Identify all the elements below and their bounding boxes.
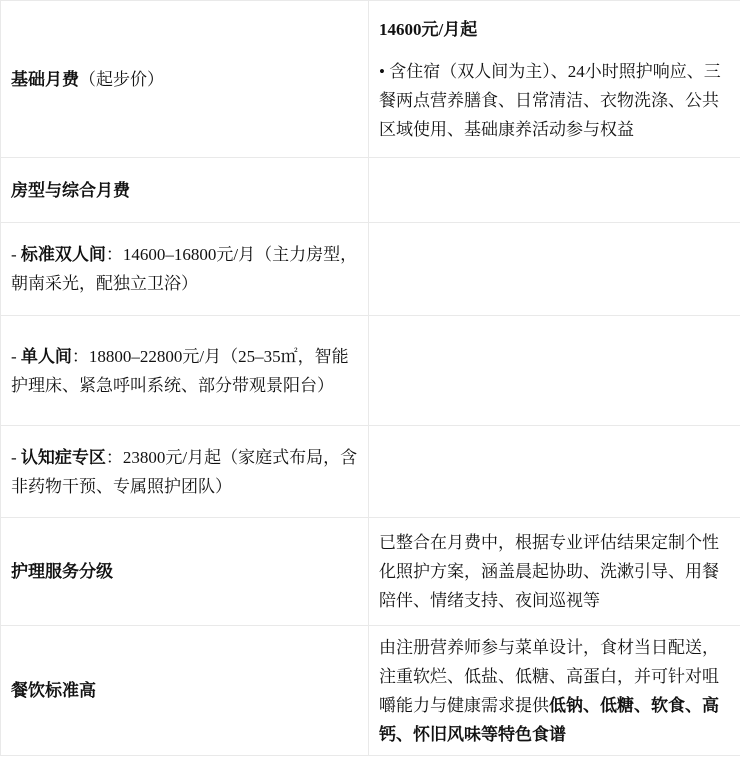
dining-label: 餐饮标准高	[11, 681, 96, 700]
care-level-label: 护理服务分级	[11, 562, 113, 581]
table-row: 房型与综合月费	[1, 158, 740, 223]
single-room-cell: - 单人间：18800–22800元/月（25–35㎡，智能护理床、紧急呼叫系统…	[1, 316, 369, 426]
table-row: - 标准双人间：14600–16800元/月（主力房型，朝南采光，配独立卫浴）	[1, 223, 740, 316]
empty-cell	[369, 158, 740, 223]
single-room-label: 单人间	[21, 347, 72, 366]
single-room-dash: -	[11, 347, 21, 366]
empty-cell	[369, 223, 740, 316]
pricing-table: 基础月费（起步价） 14600元/月起 • 含住宿（双人间为主）、24小时照护响…	[0, 0, 740, 756]
dining-detail-cell: 由注册营养师参与菜单设计，食材当日配送，注重软烂、低盐、低糖、高蛋白，并可针对咀…	[369, 626, 740, 756]
table-row: 护理服务分级 已整合在月费中，根据专业评估结果定制个性化照护方案，涵盖晨起协助、…	[1, 518, 740, 626]
double-room-cell: - 标准双人间：14600–16800元/月（主力房型，朝南采光，配独立卫浴）	[1, 223, 369, 316]
base-fee-detail-cell: 14600元/月起 • 含住宿（双人间为主）、24小时照护响应、三餐两点营养膳食…	[369, 1, 740, 158]
table-row: - 单人间：18800–22800元/月（25–35㎡，智能护理床、紧急呼叫系统…	[1, 316, 740, 426]
base-fee-price: 14600元/月起	[379, 20, 477, 39]
base-fee-label: 基础月费	[11, 70, 79, 89]
room-type-header-cell: 房型与综合月费	[1, 158, 369, 223]
empty-cell	[369, 316, 740, 426]
base-fee-includes: • 含住宿（双人间为主）、24小时照护响应、三餐两点营养膳食、日常清洁、衣物洗涤…	[379, 57, 730, 144]
table-row: 餐饮标准高 由注册营养师参与菜单设计，食材当日配送，注重软烂、低盐、低糖、高蛋白…	[1, 626, 740, 756]
dementia-unit-cell: - 认知症专区：23800元/月起（家庭式布局，含非药物干预、专属照护团队）	[1, 426, 369, 518]
base-fee-cell: 基础月费（起步价）	[1, 1, 369, 158]
room-type-header: 房型与综合月费	[11, 181, 130, 200]
dementia-unit-dash: -	[11, 448, 21, 467]
base-fee-note: （起步价）	[79, 70, 164, 89]
table-row: 基础月费（起步价） 14600元/月起 • 含住宿（双人间为主）、24小时照护响…	[1, 1, 740, 158]
empty-cell	[369, 426, 740, 518]
care-level-detail: 已整合在月费中，根据专业评估结果定制个性化照护方案，涵盖晨起协助、洗漱引导、用餐…	[379, 528, 730, 615]
double-room-label: 标准双人间	[21, 245, 106, 264]
table-row: - 认知症专区：23800元/月起（家庭式布局，含非药物干预、专属照护团队）	[1, 426, 740, 518]
dementia-unit-label: 认知症专区	[21, 448, 106, 467]
double-room-dash: -	[11, 245, 21, 264]
document-page: 基础月费（起步价） 14600元/月起 • 含住宿（双人间为主）、24小时照护响…	[0, 0, 740, 758]
care-level-cell: 护理服务分级	[1, 518, 369, 626]
dining-cell: 餐饮标准高	[1, 626, 369, 756]
care-level-detail-cell: 已整合在月费中，根据专业评估结果定制个性化照护方案，涵盖晨起协助、洗漱引导、用餐…	[369, 518, 740, 626]
